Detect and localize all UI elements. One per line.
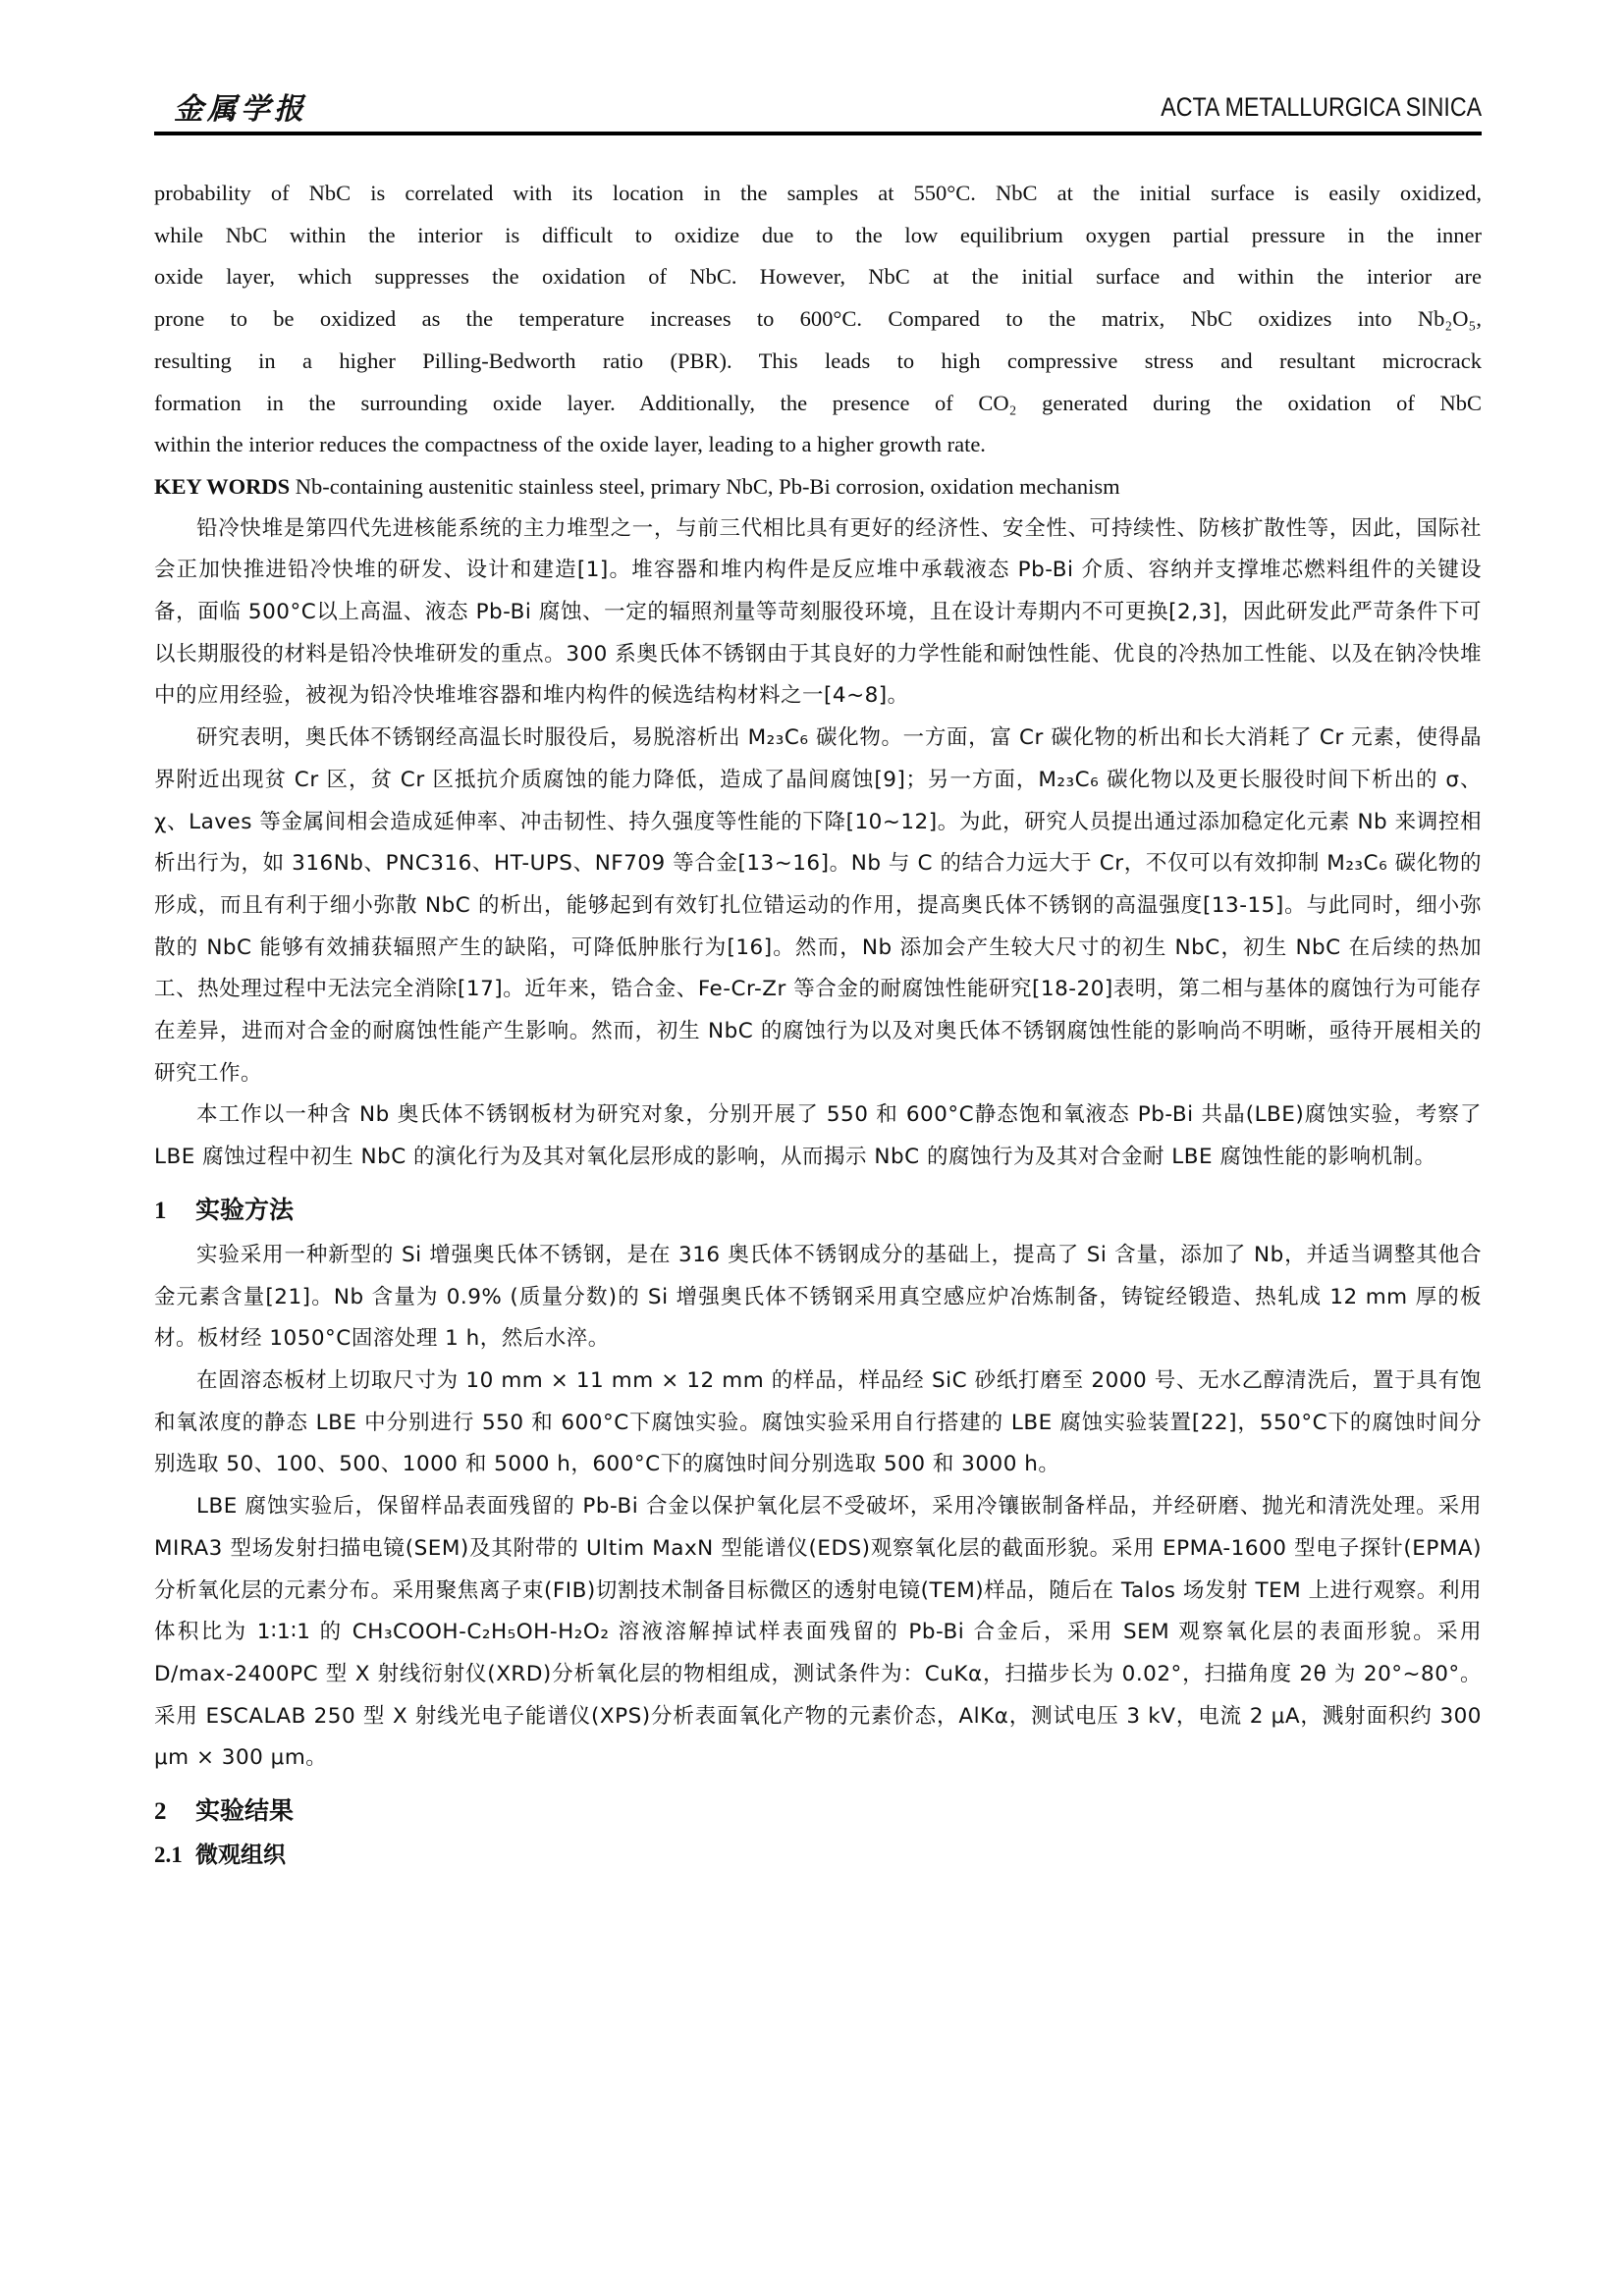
abstract-line: prone to be oxidized as the temperature … — [154, 298, 1482, 341]
section-heading-2: 2实验结果 — [154, 1791, 1482, 1832]
keywords-text: Nb-containing austenitic stainless steel… — [290, 474, 1119, 499]
keywords: KEY WORDS Nb-containing austenitic stain… — [154, 466, 1482, 508]
methods-paragraph-3: LBE 腐蚀实验后，保留样品表面残留的 Pb-Bi 合金以保护氧化层不受破坏，采… — [154, 1486, 1482, 1780]
header-rule — [154, 132, 1482, 135]
methods-paragraph-2: 在固溶态板材上切取尺寸为 10 mm × 11 mm × 12 mm 的样品，样… — [154, 1361, 1482, 1486]
subsection-title: 微观组织 — [195, 1842, 286, 1868]
section-heading-1: 1实验方法 — [154, 1191, 1482, 1231]
abstract-line: within the interior reduces the compactn… — [154, 424, 1482, 466]
methods-paragraph-1: 实验采用一种新型的 Si 增强奥氏体不锈钢，是在 316 奥氏体不锈钢成分的基础… — [154, 1235, 1482, 1361]
section-number: 2 — [154, 1792, 195, 1832]
abstract-block: probability of NbC is correlated with it… — [154, 173, 1482, 508]
subsection-number: 2.1 — [154, 1836, 195, 1875]
abstract-line: probability of NbC is correlated with it… — [154, 173, 1482, 215]
intro-paragraph-3: 本工作以一种含 Nb 奥氏体不锈钢板材为研究对象，分别开展了 550 和 600… — [154, 1095, 1482, 1178]
abstract-line: while NbC within the interior is difficu… — [154, 215, 1482, 257]
keywords-label: KEY WORDS — [154, 474, 290, 499]
journal-name: ACTA METALLURGICA SINICA — [1161, 92, 1482, 123]
running-header: 金属学报 ACTA METALLURGICA SINICA — [154, 84, 1482, 133]
section-title: 实验方法 — [195, 1196, 294, 1224]
body-content: probability of NbC is correlated with it… — [154, 173, 1482, 1875]
intro-paragraph-2: 研究表明，奥氏体不锈钢经高温长时服役后，易脱溶析出 M₂₃C₆ 碳化物。一方面，… — [154, 718, 1482, 1095]
subsection-heading-2-1: 2.1微观组织 — [154, 1836, 1482, 1875]
abstract-line: resulting in a higher Pilling-Bedworth r… — [154, 341, 1482, 383]
section-title: 实验结果 — [195, 1796, 294, 1825]
journal-logo: 金属学报 — [174, 84, 307, 128]
abstract-line: formation in the surrounding oxide layer… — [154, 383, 1482, 425]
intro-paragraph-1: 铅冷快堆是第四代先进核能系统的主力堆型之一，与前三代相比具有更好的经济性、安全性… — [154, 508, 1482, 719]
abstract-line: oxide layer, which suppresses the oxidat… — [154, 256, 1482, 298]
section-number: 1 — [154, 1192, 195, 1231]
